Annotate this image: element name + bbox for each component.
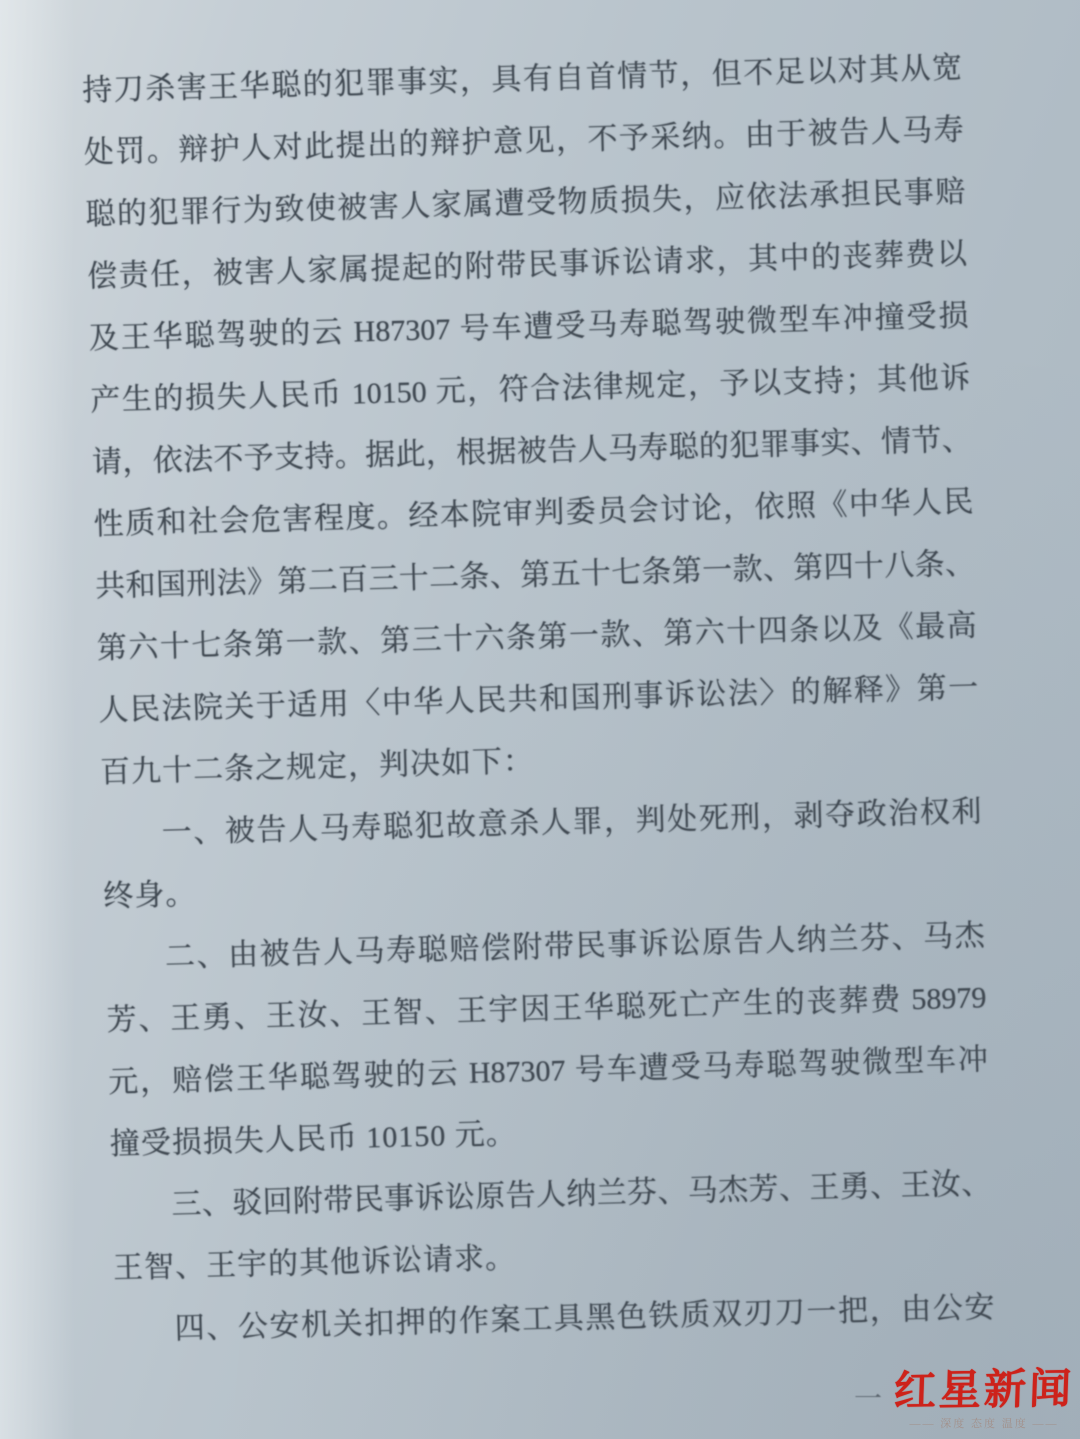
- page-number-dash: 一: [854, 1386, 882, 1414]
- watermark-tagline: —— 深度 态度 温度 ——: [894, 1415, 1074, 1431]
- document-page: 持刀杀害王华聪的犯罪事实，具有自首情节，但不足以对其从宽处罚。辩护人对此提出的辩…: [0, 0, 1080, 1439]
- redstar-news-watermark: 一 红星新闻 —— 深度 态度 温度 ——: [854, 1369, 1074, 1431]
- redstar-news-logo: 红星新闻: [893, 1367, 1075, 1414]
- judgment-text-block: 持刀杀害王华聪的犯罪事实，具有自首情节，但不足以对其从宽处罚。辩护人对此提出的辩…: [82, 38, 996, 1363]
- watermark-logo-group: 红星新闻 —— 深度 态度 温度 ——: [894, 1369, 1074, 1431]
